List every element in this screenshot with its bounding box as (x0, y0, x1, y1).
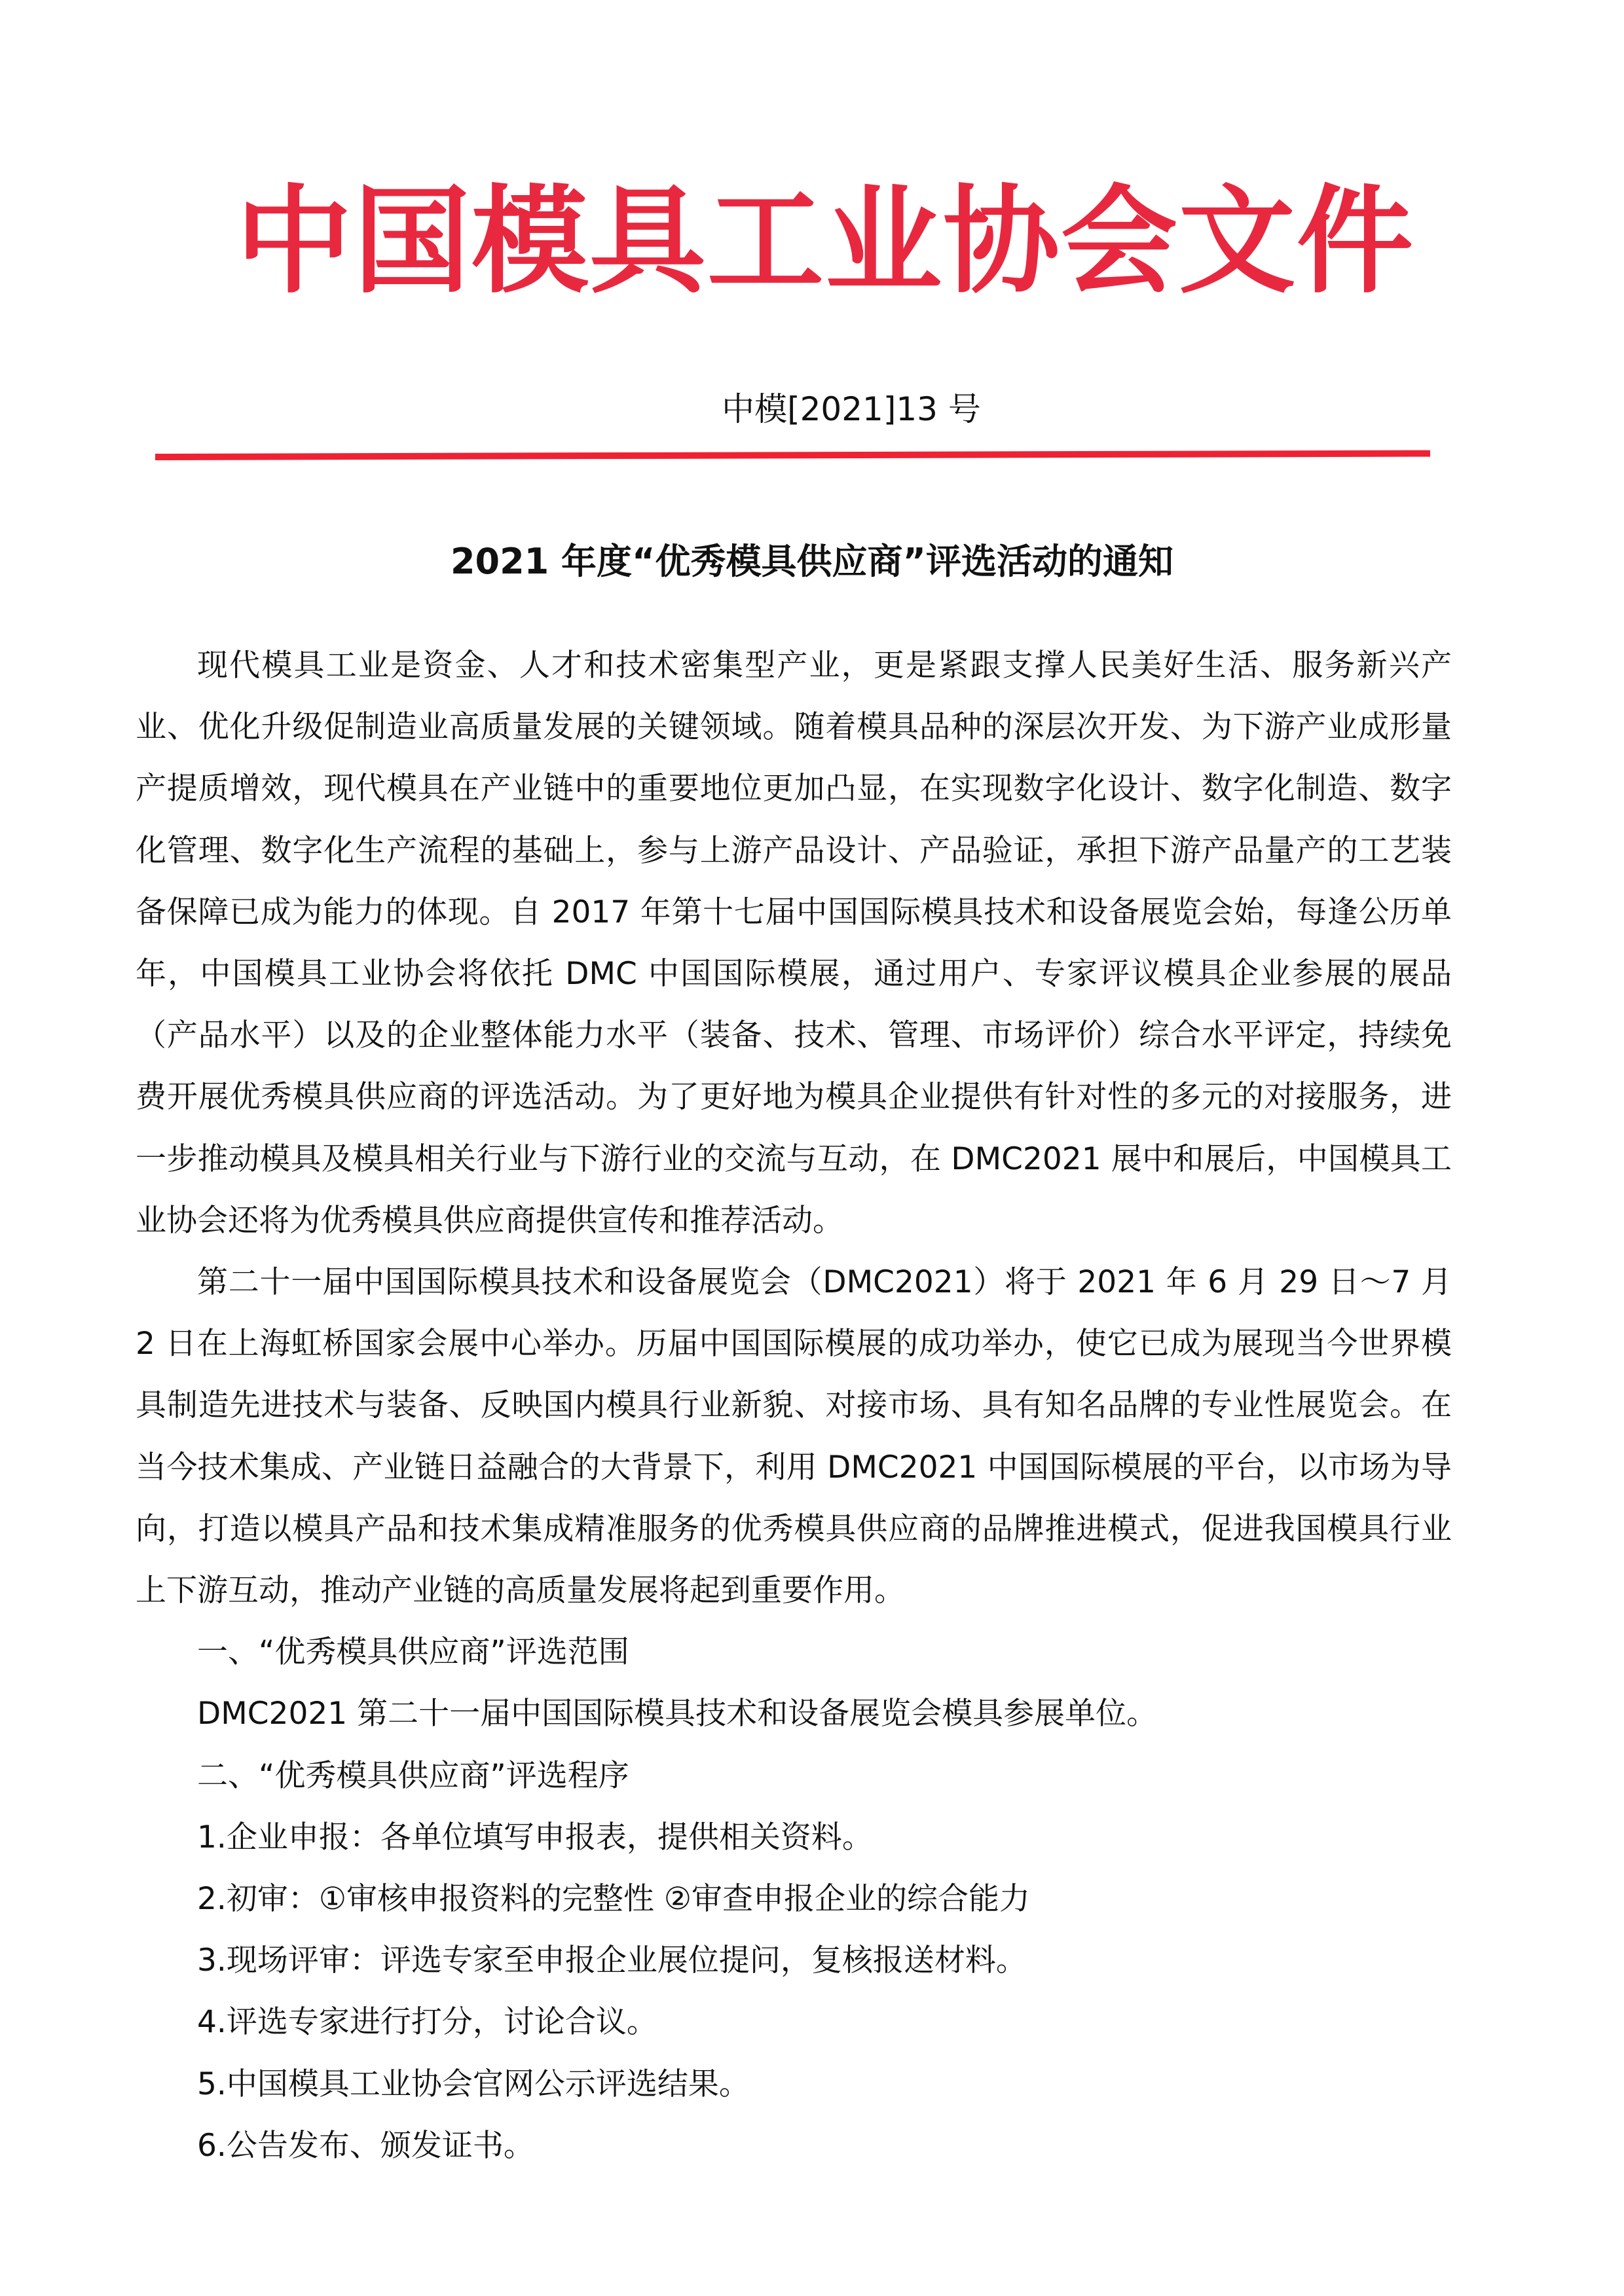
procedure-step-2: 2.初审：①审核申报资料的完整性 ②审查申报企业的综合能力 (136, 1868, 1452, 1930)
scope-item: DMC2021 第二十一届中国国际模具技术和设备展览会模具参展单位。 (136, 1683, 1452, 1745)
body-paragraph-2: 第二十一届中国国际模具技术和设备展览会（DMC2021）将于 2021 年 6 … (136, 1252, 1452, 1622)
red-divider-rule (155, 450, 1430, 460)
procedure-step-5: 5.中国模具工业协会官网公示评选结果。 (136, 2054, 1452, 2115)
procedure-step-3: 3.现场评审：评选专家至申报企业展位提问，复核报送材料。 (136, 1930, 1452, 1992)
notice-title: 2021 年度“优秀模具供应商”评选活动的通知 (0, 536, 1624, 588)
document-number: 中模[2021]13 号 (0, 386, 1624, 432)
section-heading-scope: 一、“优秀模具供应商”评选范围 (136, 1622, 1452, 1683)
procedure-step-4: 4.评选专家进行打分，讨论合议。 (136, 1992, 1452, 2053)
section-heading-procedure: 二、“优秀模具供应商”评选程序 (136, 1745, 1452, 1807)
organization-header-title: 中国模具工业协会文件 (236, 175, 1349, 306)
procedure-step-1: 1.企业申报：各单位填写申报表，提供相关资料。 (136, 1807, 1452, 1868)
body-paragraph-1: 现代模具工业是资金、人才和技术密集型产业，更是紧跟支撑人民美好生活、服务新兴产业… (136, 635, 1452, 1252)
document-body: 现代模具工业是资金、人才和技术密集型产业，更是紧跟支撑人民美好生活、服务新兴产业… (136, 635, 1452, 2177)
procedure-step-6: 6.公告发布、颁发证书。 (136, 2115, 1452, 2177)
